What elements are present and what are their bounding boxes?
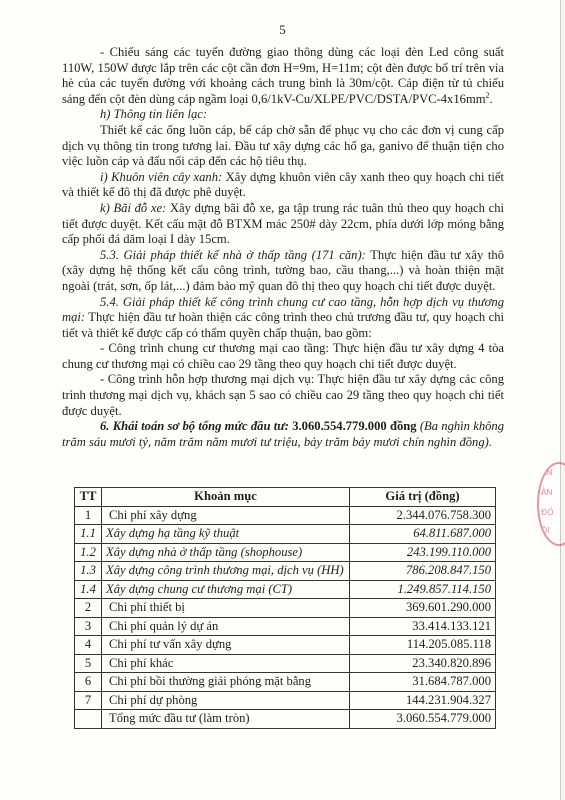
row-item: Chi phí xây dựng [102,506,350,525]
lighting-text: - Chiếu sáng các tuyến đường giao thông … [62,45,504,106]
document-page: 5 - Chiếu sáng các tuyến đường giao thôn… [0,0,561,800]
row-value: 33.414.133.121 [350,617,496,636]
stamp-text: ÀN [541,468,552,477]
paragraph-h-contact: Thiết kế các ống luồn cáp, bể cáp chờ sẵ… [62,123,504,170]
row-tt: 3 [75,617,102,636]
row-tt: 1.3 [75,562,102,581]
row-value: 786.208.847.150 [350,562,496,581]
row-value: 2.344.076.758.300 [350,506,496,525]
row-tt: 1 [75,506,102,525]
header-tt: TT [75,488,102,507]
row-value: 369.601.290.000 [350,599,496,618]
row-value: 144.231.904.327 [350,691,496,710]
heading-5-3-text: 5.3. Giải pháp thiết kế nhà ở thấp tầng … [100,248,366,262]
row-item: Chi phí quản lý dự án [102,617,350,636]
row-tt: 5 [75,654,102,673]
s54-body-text: Thực hiện đầu tư hoàn thiện các công trì… [62,310,504,340]
paragraph-lighting: - Chiếu sáng các tuyến đường giao thông … [62,45,504,107]
cost-estimate-table: TT Khoản mục Giá trị (đồng) 1Chi phí xây… [74,487,496,729]
stamp-text: ÂN [541,488,552,497]
row-tt: 1.1 [75,525,102,544]
row-tt: 6 [75,673,102,692]
table-header-row: TT Khoản mục Giá trị (đồng) [75,488,496,507]
paragraph-5-4: 5.4. Giải pháp thiết kế công trình chung… [62,295,504,342]
paragraph-i-green: i) Khuôn viên cây xanh: Xây dựng khuôn v… [62,170,504,201]
row-item: Xây dựng công trình thương mại, dịch vụ … [102,562,350,581]
heading-k-text: k) Bãi đỗ xe: [100,201,166,215]
row-item: Tổng mức đầu tư (làm tròn) [102,710,350,729]
row-item: Xây dựng hạ tầng kỹ thuật [102,525,350,544]
document-body: - Chiếu sáng các tuyến đường giao thông … [62,45,504,450]
total-amount: 3.060.554.779.000 đồng [289,419,417,433]
table-row: Tổng mức đầu tư (làm tròn)3.060.554.779.… [75,710,496,729]
table-row: 1.1Xây dựng hạ tầng kỹ thuật64.811.687.0… [75,525,496,544]
row-tt: 1.4 [75,580,102,599]
row-item: Chi phí bồi thường giải phóng mặt bằng [102,673,350,692]
table-row: 5Chi phí khác23.340.820.896 [75,654,496,673]
table-row: 3Chi phí quản lý dự án33.414.133.121 [75,617,496,636]
lighting-end: . [490,92,493,106]
row-item: Chi phí dự phòng [102,691,350,710]
table-row: 1.2Xây dựng nhà ở thấp tầng (shophouse)2… [75,543,496,562]
table-row: 4Chi phí tư vấn xây dựng114.205.085.118 [75,636,496,655]
heading-6-text: 6. Khái toán sơ bộ tổng mức đầu tư: [100,419,289,433]
stamp-text: ĐỒ [541,508,554,517]
page-number: 5 [0,22,565,38]
row-item: Xây dựng chung cư thương mại (CT) [102,580,350,599]
paragraph-k-parking: k) Bãi đỗ xe: Xây dựng bãi đỗ xe, ga tập… [62,201,504,248]
bullet-mixed-use: - Công trình hỗn hợp thương mại dịch vụ:… [62,372,504,419]
row-item: Xây dựng nhà ở thấp tầng (shophouse) [102,543,350,562]
row-item: Chi phí tư vấn xây dựng [102,636,350,655]
heading-h-contact: h) Thông tin liên lạc: [62,107,504,123]
bullet-apartment: - Công trình chung cư thương mại cao tần… [62,341,504,372]
row-value: 3.060.554.779.000 [350,710,496,729]
row-tt: 2 [75,599,102,618]
header-item: Khoản mục [102,488,350,507]
table-row: 6Chi phí bồi thường giải phóng mặt bằng3… [75,673,496,692]
row-value: 31.684.787.000 [350,673,496,692]
row-value: 23.340.820.896 [350,654,496,673]
table-row: 1.4Xây dựng chung cư thương mại (CT)1.24… [75,580,496,599]
row-tt [75,710,102,729]
row-value: 114.205.085.118 [350,636,496,655]
row-tt: 1.2 [75,543,102,562]
row-value: 64.811.687.000 [350,525,496,544]
heading-i-text: i) Khuôn viên cây xanh: [100,170,222,184]
row-tt: 4 [75,636,102,655]
row-item: Chi phí thiết bị [102,599,350,618]
row-value: 1.249.857.114.150 [350,580,496,599]
paragraph-5-3: 5.3. Giải pháp thiết kế nhà ở thấp tầng … [62,248,504,295]
row-value: 243.199.110.000 [350,543,496,562]
row-item: Chi phí khác [102,654,350,673]
table-row: 1.3Xây dựng công trình thương mại, dịch … [75,562,496,581]
paragraph-section-6: 6. Khái toán sơ bộ tổng mức đầu tư: 3.06… [62,419,504,450]
red-seal-stamp: ÀN ÂN ĐỒ ÔI [537,462,565,546]
table-row: 7Chi phí dự phòng144.231.904.327 [75,691,496,710]
table-row: 2Chi phí thiết bị369.601.290.000 [75,599,496,618]
heading-h-text: h) Thông tin liên lạc: [100,107,207,121]
table-row: 1Chi phí xây dựng2.344.076.758.300 [75,506,496,525]
header-value: Giá trị (đồng) [350,488,496,507]
stamp-text: ÔI [541,526,550,535]
row-tt: 7 [75,691,102,710]
